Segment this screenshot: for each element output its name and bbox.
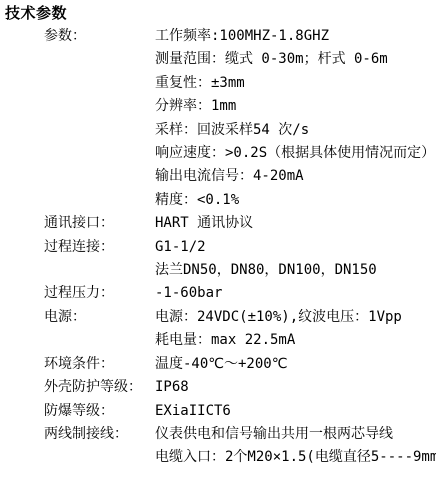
spec-label: 防爆等级： <box>44 400 155 423</box>
spec-value: 耗电量：max 22.5mA <box>155 329 436 352</box>
spec-row: 输出电流信号：4-20mA <box>0 165 436 188</box>
spec-row: 两线制接线：仪表供电和信号输出共用一根两芯导线 <box>0 423 436 446</box>
spec-label: 过程压力： <box>44 282 155 305</box>
spec-label: 通讯接口： <box>44 212 155 235</box>
spec-label: 两线制接线： <box>44 423 155 446</box>
page-title: 技术参数 <box>0 5 436 22</box>
spec-value: 法兰DN50，DN80，DN100，DN150 <box>155 259 436 282</box>
spec-row: 电源：电源：24VDC(±10%),纹波电压：1Vpp <box>0 306 436 329</box>
spec-value: -1-60bar <box>155 282 436 305</box>
spec-row: 过程压力：-1-60bar <box>0 282 436 305</box>
spec-value: HART 通讯协议 <box>155 212 436 235</box>
spec-value: 采样：回波采样54 次/s <box>155 119 436 142</box>
spec-value: 温度-40℃～+200℃ <box>155 353 436 376</box>
spec-label: 参数： <box>44 25 155 48</box>
spec-value: 电缆入口：2个M20×1.5(电缆直径5----9mm) <box>155 446 436 469</box>
spec-row: 法兰DN50，DN80，DN100，DN150 <box>0 259 436 282</box>
spec-value: 重复性：±3mm <box>155 72 436 95</box>
spec-row: 精度：<0.1% <box>0 189 436 212</box>
spec-row: 测量范围：缆式 0-30m；杆式 0-6m <box>0 48 436 71</box>
spec-value: 电源：24VDC(±10%),纹波电压：1Vpp <box>155 306 436 329</box>
spec-label: 电源： <box>44 306 155 329</box>
spec-value: 分辨率：1mm <box>155 95 436 118</box>
spec-row: 防爆等级：EXiaIICT6 <box>0 400 436 423</box>
spec-row: 采样：回波采样54 次/s <box>0 119 436 142</box>
spec-sheet: 技术参数 参数：工作频率:100MHZ-1.8GHZ测量范围：缆式 0-30m；… <box>0 0 436 477</box>
spec-value: 测量范围：缆式 0-30m；杆式 0-6m <box>155 48 436 71</box>
spec-row: 环境条件：温度-40℃～+200℃ <box>0 353 436 376</box>
spec-label: 外壳防护等级： <box>44 376 155 399</box>
spec-row: 响应速度：>0.2S（根据具体使用情况而定） <box>0 142 436 165</box>
spec-row: 电缆入口：2个M20×1.5(电缆直径5----9mm) <box>0 446 436 469</box>
spec-label: 环境条件： <box>44 353 155 376</box>
spec-row: 通讯接口：HART 通讯协议 <box>0 212 436 235</box>
spec-row: 重复性：±3mm <box>0 72 436 95</box>
spec-value: G1-1/2 <box>155 236 436 259</box>
spec-row: 过程连接：G1-1/2 <box>0 236 436 259</box>
spec-row: 外壳防护等级：IP68 <box>0 376 436 399</box>
spec-value: 精度：<0.1% <box>155 189 436 212</box>
spec-value: 响应速度：>0.2S（根据具体使用情况而定） <box>155 142 436 165</box>
spec-value: 仪表供电和信号输出共用一根两芯导线 <box>155 423 436 446</box>
spec-row: 耗电量：max 22.5mA <box>0 329 436 352</box>
spec-label: 过程连接： <box>44 236 155 259</box>
spec-value: EXiaIICT6 <box>155 400 436 423</box>
spec-value: 输出电流信号：4-20mA <box>155 165 436 188</box>
spec-table: 参数：工作频率:100MHZ-1.8GHZ测量范围：缆式 0-30m；杆式 0-… <box>0 25 436 470</box>
spec-row: 参数：工作频率:100MHZ-1.8GHZ <box>0 25 436 48</box>
spec-value: IP68 <box>155 376 436 399</box>
spec-value: 工作频率:100MHZ-1.8GHZ <box>155 25 436 48</box>
spec-row: 分辨率：1mm <box>0 95 436 118</box>
